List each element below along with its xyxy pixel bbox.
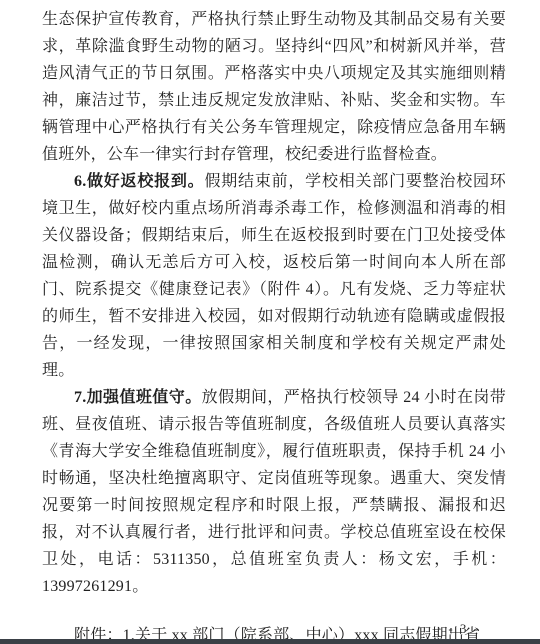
document-page: 生态保护宣传教育，严格执行禁止野生动物及其制品交易有关要求，革除滥食野生动物的陋…	[0, 0, 540, 644]
paragraph-6-body: 假期结束前，学校相关部门要整治校园环境卫生，做好校内重点场所消毒杀毒工作，检修测…	[42, 173, 506, 379]
page-bottom-edge	[0, 639, 540, 644]
paragraph-item-7: 7.加强值班值守。放假期间，严格执行校领导 24 小时在岗带班、昼夜值班、请示报…	[42, 384, 506, 600]
paragraph-7-body: 放假期间，严格执行校领导 24 小时在岗带班、昼夜值班、请示报告等值班制度，各级…	[42, 389, 506, 595]
paragraph-continuation: 生态保护宣传教育，严格执行禁止野生动物及其制品交易有关要求，革除滥食野生动物的陋…	[42, 6, 506, 168]
page-number: - 3 -	[448, 622, 480, 635]
paragraph-6-heading: 6.做好返校报到。	[74, 173, 204, 190]
document-content: 生态保护宣传教育，严格执行禁止野生动物及其制品交易有关要求，革除滥食野生动物的陋…	[0, 0, 540, 644]
paragraph-item-6: 6.做好返校报到。假期结束前，学校相关部门要整治校园环境卫生，做好校内重点场所消…	[42, 168, 506, 384]
paragraph-7-heading: 7.加强值班值守。	[74, 389, 202, 406]
